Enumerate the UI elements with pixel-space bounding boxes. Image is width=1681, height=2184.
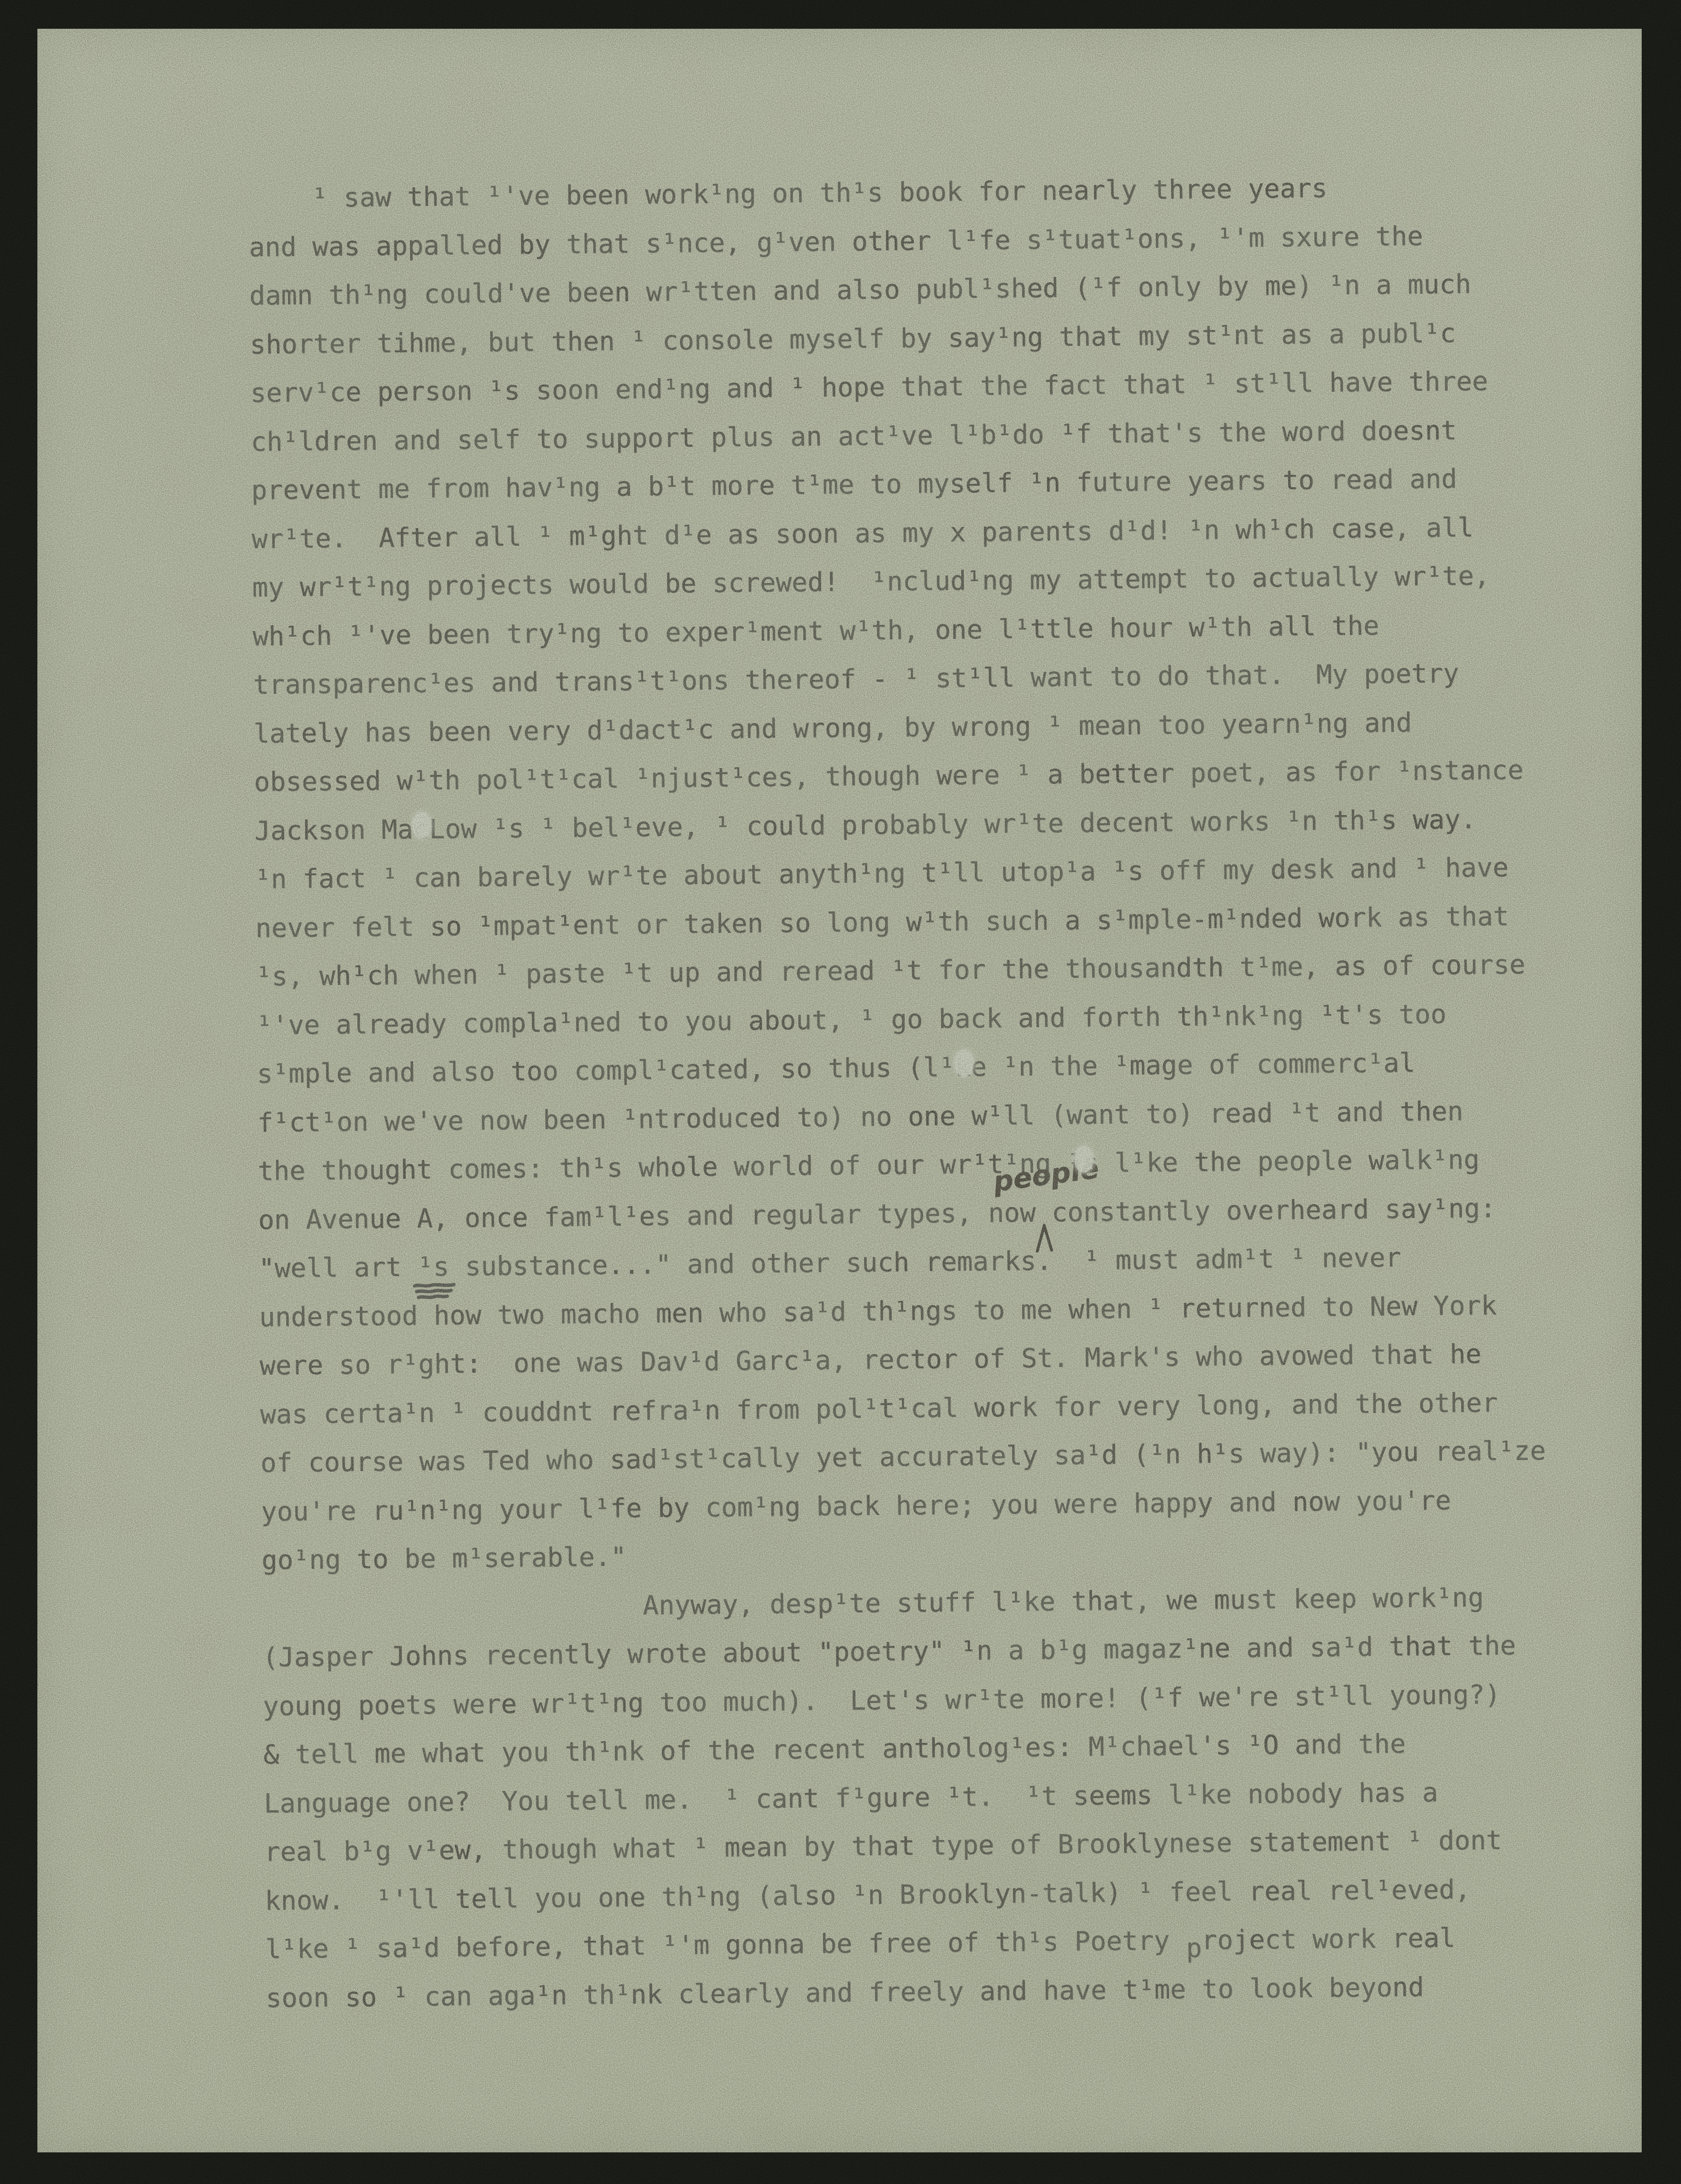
letter-page: ¹ saw that ¹'ve been work¹ng on th¹s boo…	[37, 29, 1642, 2152]
whiteout-correction	[954, 1050, 974, 1077]
scanned-letter: ¹ saw that ¹'ve been work¹ng on th¹s boo…	[0, 0, 1681, 2184]
emphasis-underline	[413, 1283, 457, 1302]
typewritten-text: ¹ saw that ¹'ve been work¹ng on th¹s boo…	[248, 161, 1603, 2081]
insertion-caret-icon	[1035, 1223, 1054, 1252]
lowered-typed-char: p	[1186, 1924, 1202, 1973]
